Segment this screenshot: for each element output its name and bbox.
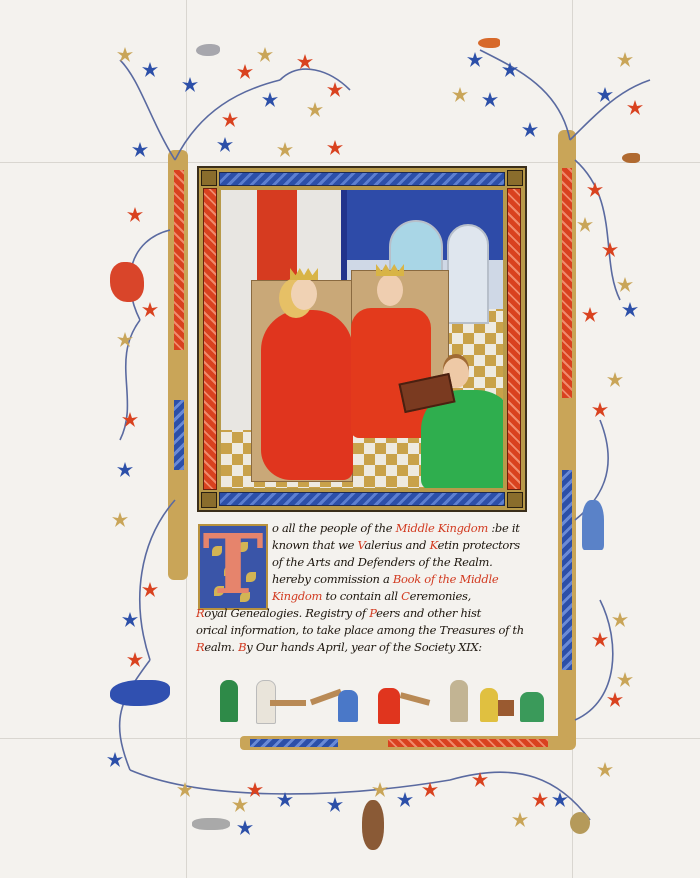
bottom-border-red-panel	[388, 739, 548, 747]
throne-room-scene	[221, 190, 503, 488]
small-monkey-icon	[570, 812, 590, 834]
lectern	[400, 692, 431, 706]
right-border-blue-panel	[562, 470, 572, 670]
soldier-with-shield-icon	[582, 500, 604, 550]
king-figure	[351, 308, 431, 438]
bear-with-spear-icon	[362, 800, 384, 850]
queen-figure	[261, 310, 353, 480]
bottom-border-blue-panel	[250, 739, 338, 747]
miniature-frame-right	[507, 188, 521, 490]
blue-dragon-icon	[110, 680, 170, 706]
craftsman-in-yellow-figure	[480, 688, 498, 722]
bookbinder-figure	[450, 680, 468, 722]
window-arch	[447, 224, 489, 324]
charter-text: o all the people of the Middle Kingdom :…	[196, 520, 532, 656]
trumpeter-figure	[220, 680, 238, 722]
text-line-8: Realm. By Our hands April, year of the S…	[196, 639, 532, 656]
manuscript-page: T o all the people of the Middle Kingdom…	[0, 0, 700, 878]
grey-dove-icon	[196, 44, 220, 56]
text-line-1: o all the people of the Middle Kingdom :…	[196, 520, 532, 537]
miniature-painting	[197, 166, 527, 512]
text-line-6: Royal Genealogies. Registry of Peers and…	[196, 605, 532, 622]
frame-corner	[201, 492, 217, 508]
queen-head	[291, 278, 317, 310]
monkey-archer-icon	[110, 262, 144, 302]
frame-corner	[201, 170, 217, 186]
text-line-4: hereby commission a Book of the Middle	[196, 571, 532, 588]
miniature-frame-left	[203, 188, 217, 490]
brown-bird-icon	[622, 153, 640, 163]
text-line-7: orical information, to take place among …	[196, 622, 532, 639]
workbench	[498, 700, 514, 716]
writing-desk	[270, 700, 306, 706]
frame-corner	[507, 170, 523, 186]
right-border-red-panel	[562, 168, 572, 398]
left-border-red-panel	[174, 170, 184, 350]
text-line-2: known that we Valerius and Ketin protect…	[196, 537, 532, 554]
text-line-3: of the Arts and Defenders of the Realm.	[196, 554, 532, 571]
left-border-blue-panel	[174, 400, 184, 470]
illuminator-in-red-figure	[378, 688, 400, 724]
miniature-frame-top	[219, 172, 505, 186]
orange-bird-icon	[478, 38, 500, 48]
king-head	[377, 274, 403, 306]
woman-seated-figure	[520, 692, 544, 722]
grey-dog-icon	[192, 818, 230, 830]
frame-corner	[507, 492, 523, 508]
scribe-in-blue-figure	[338, 690, 358, 722]
ruling-line	[0, 162, 700, 163]
text-line-5: Kingdom to contain all Ceremonies,	[196, 588, 532, 605]
miniature-frame-bottom	[219, 492, 505, 506]
